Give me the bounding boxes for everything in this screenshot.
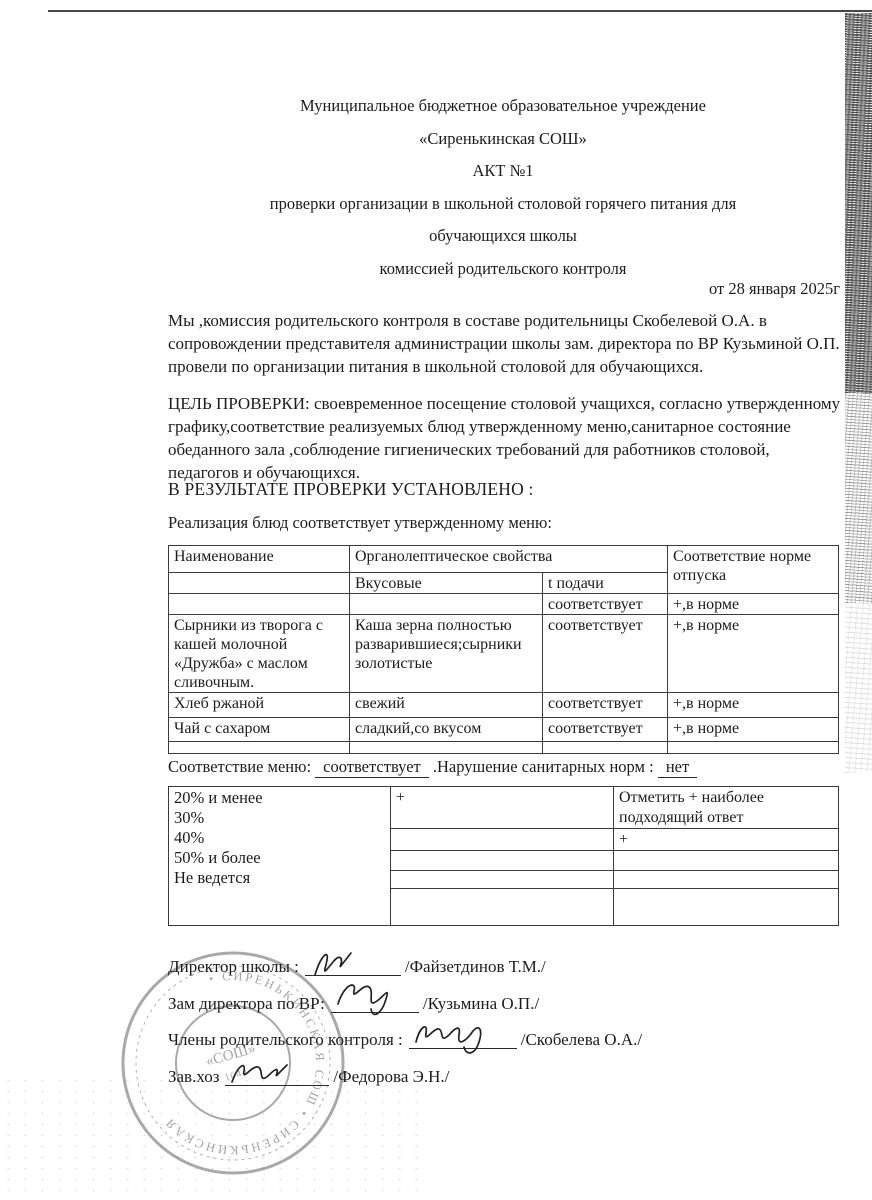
col-header-norm: Соответствие норме отпуска (668, 546, 839, 594)
table-cell-mark (391, 889, 614, 926)
table-cell (668, 742, 839, 754)
col-header-name: Наименование (169, 546, 350, 573)
table-cell: +,в норме (668, 615, 839, 693)
table-cell (169, 742, 350, 754)
table-cell-note (614, 851, 839, 871)
signature-row-deputy: Зам директора по ВР: /Кузьмина О.П./ (168, 992, 642, 1014)
scanned-document-page: Муниципальное бюджетное образовательное … (0, 0, 872, 1200)
table-cell: соответствует (543, 594, 668, 615)
col-header-taste: Вкусовые (350, 573, 543, 594)
signature-label: Зам директора по ВР: (168, 994, 325, 1014)
signature-label: Зав.хоз (168, 1067, 219, 1087)
table-cell-dish: Хлеб ржаной (169, 693, 350, 718)
table-cell: сладкий,со вкусом (350, 718, 543, 742)
table-cell: свежий (350, 693, 543, 718)
handwritten-signature-icon (413, 1018, 485, 1054)
table-cell: соответствует (543, 718, 668, 742)
scan-top-edge-line (48, 10, 872, 12)
scan-edge-noise (845, 603, 872, 773)
signature-line (225, 1067, 329, 1086)
scan-edge-noise (845, 13, 872, 393)
col-header-organoleptic: Органолептическое свойства (350, 546, 668, 573)
dishes-table: Наименование Органолептическое свойства … (168, 545, 839, 754)
menu-intro-line: Реализация блюд соответствует утвержденн… (168, 513, 552, 533)
table-cell (169, 594, 350, 615)
table-cell (350, 594, 543, 615)
table-cell-dish: Чай с сахаром (169, 718, 350, 742)
table-cell: +,в норме (668, 718, 839, 742)
percentage-table: 20% и менее 30% 40% 50% и более Не ведет… (168, 786, 839, 926)
compliance-value-menu: соответствует (315, 757, 429, 778)
header-line-students: обучающихся школы (168, 220, 838, 253)
handwritten-signature-icon (309, 947, 361, 981)
header-line-school: «Сиренькинская СОШ» (168, 123, 838, 156)
table-cell-mark (391, 871, 614, 889)
intro-paragraph: Мы ,комиссия родительского контроля в со… (168, 309, 844, 378)
compliance-label-sanitary: .Нарушение санитарных норм : (433, 757, 654, 776)
table-cell-mark: + (391, 787, 614, 829)
table-cell-note: + (614, 829, 839, 851)
signature-label: Директор школы : (168, 957, 299, 977)
table-cell-dish: Сырники из творога с кашей молочной «Дру… (169, 615, 350, 693)
signature-row-supply-manager: Зав.хоз /Федорова Э.Н./ (168, 1065, 642, 1087)
signature-name: /Кузьмина О.П./ (423, 994, 539, 1014)
signature-name: /Скобелева О.А./ (521, 1030, 642, 1050)
table-cell-note (614, 871, 839, 889)
compliance-label-menu: Соответствие меню: (168, 757, 311, 776)
col-header-serving-temp: t подачи (543, 573, 668, 594)
signature-line (331, 994, 419, 1013)
table-cell-mark (391, 851, 614, 871)
table-cell: +,в норме (668, 693, 839, 718)
table-cell-note: Отметить + наиболее подходящий ответ (614, 787, 839, 829)
signature-row-director: Директор школы : /Файзетдинов Т.М./ (168, 955, 642, 977)
signature-name: /Федорова Э.Н./ (333, 1067, 449, 1087)
table-cell (169, 573, 350, 594)
table-cell-note (614, 889, 839, 926)
compliance-line: Соответствие меню: соответствует .Наруше… (168, 757, 697, 778)
scan-edge-noise (845, 393, 872, 603)
signature-block: Директор школы : /Файзетдинов Т.М./ Зам … (168, 955, 642, 1101)
header-line-org: Муниципальное бюджетное образовательное … (168, 90, 838, 123)
signature-row-parent-member: Члены родительского контроля : /Скобелев… (168, 1028, 642, 1050)
table-cell: соответствует (543, 615, 668, 693)
result-heading: В РЕЗУЛЬТАТЕ ПРОВЕРКИ УСТАНОВЛЕНО : (168, 479, 534, 500)
handwritten-signature-icon (229, 1057, 293, 1091)
header-line-act-number: АКТ №1 (168, 155, 838, 188)
table-cell: +,в норме (668, 594, 839, 615)
percentage-options-cell: 20% и менее 30% 40% 50% и более Не ведет… (169, 787, 391, 926)
table-cell (543, 742, 668, 754)
compliance-value-sanitary: нет (658, 757, 697, 778)
handwritten-signature-icon (335, 978, 399, 1018)
table-cell-mark (391, 829, 614, 851)
table-cell: соответствует (543, 693, 668, 718)
header-line-subject: проверки организации в школьной столовой… (168, 188, 838, 221)
table-cell: Каша зерна полностью разварившиеся;сырни… (350, 615, 543, 693)
signature-name: /Файзетдинов Т.М./ (405, 957, 546, 977)
document-header: Муниципальное бюджетное образовательное … (168, 90, 838, 285)
table-cell (350, 742, 543, 754)
document-date: от 28 января 2025г (168, 279, 840, 299)
signature-label: Члены родительского контроля : (168, 1030, 403, 1050)
purpose-paragraph: ЦЕЛЬ ПРОВЕРКИ: своевременное посещение с… (168, 392, 844, 484)
signature-line (409, 1030, 517, 1049)
signature-line (305, 957, 401, 976)
